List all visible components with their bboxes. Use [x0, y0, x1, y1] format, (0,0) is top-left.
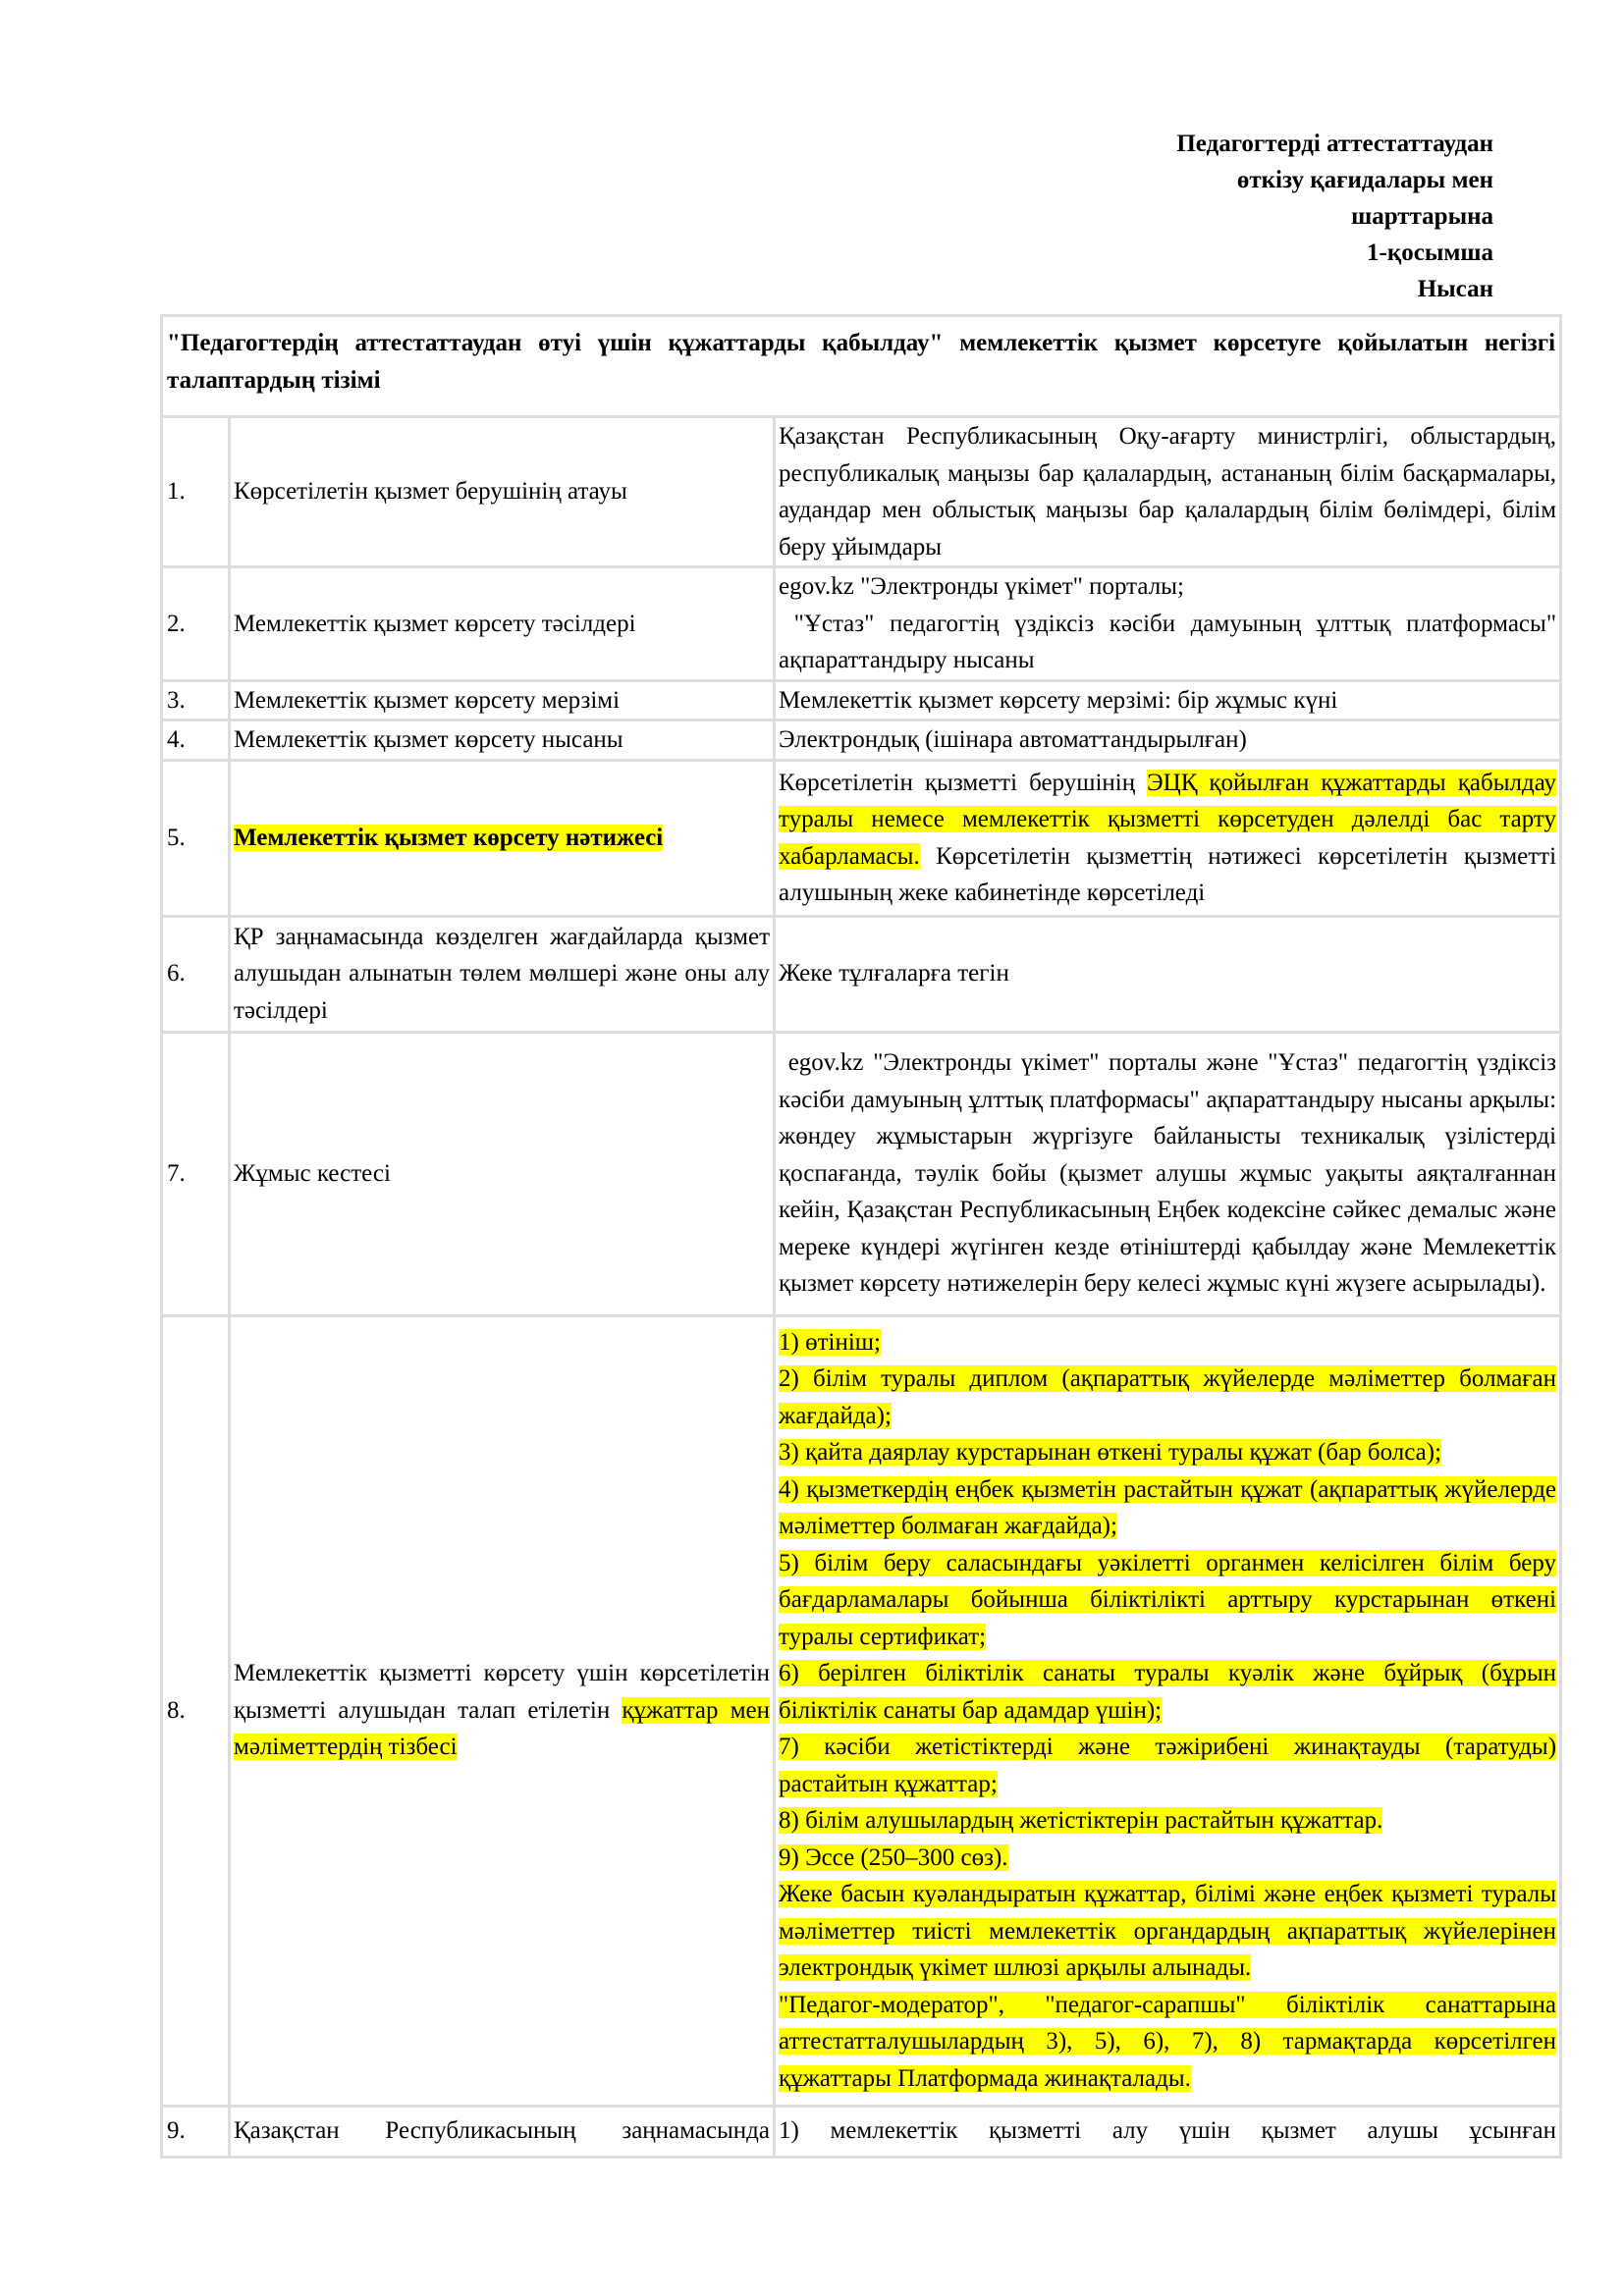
row-value: Электрондық (ішінара автоматтандырылған) [775, 721, 1561, 761]
value-line: "Ұстаз" педагогтің үздіксіз кәсіби дамуы… [779, 606, 1556, 679]
list-item: 1) өтініш; [779, 1324, 1556, 1362]
row-value: 1) мемлекеттік қызметті алу үшін қызмет … [775, 2106, 1561, 2157]
table-row: 8. Мемлекеттік қызметті көрсету үшін көр… [162, 1315, 1561, 2106]
appendix-line-2: өткізу қағидалары мен [1176, 162, 1493, 198]
row-label: Мемлекеттік қызметті көрсету үшін көрсет… [230, 1315, 775, 2106]
row-label: Мемлекеттік қызмет көрсету нәтижесі [230, 760, 775, 916]
table-row: 9. Қазақстан Республикасының заңнамасынд… [162, 2106, 1561, 2157]
row-number: 5. [162, 760, 230, 916]
table-row: 1. Көрсетілетін қызмет берушінің атауы Қ… [162, 417, 1561, 567]
value-part: Көрсетілетін қызметті берушінің [779, 770, 1147, 796]
list-note: Жеке басын куәландыратын құжаттар, білім… [779, 1876, 1556, 1987]
list-item: 3) қайта даярлау курстарынан өткені тура… [779, 1434, 1556, 1471]
table-row: 7. Жұмыс кестесі egov.kz "Электронды үкі… [162, 1032, 1561, 1315]
row-label: Жұмыс кестесі [230, 1032, 775, 1315]
row-label: Мемлекеттік қызмет көрсету нысаны [230, 721, 775, 761]
row-number: 1. [162, 417, 230, 567]
list-note: "Педагог-модератор", "педагог-сарапшы" б… [779, 1987, 1556, 2098]
requirements-table: "Педагогтердің аттестаттаудан өтуі үшін … [160, 314, 1562, 2159]
row-number: 6. [162, 916, 230, 1032]
highlighted-label: Мемлекеттік қызмет көрсету нәтижесі [234, 825, 663, 851]
row-number: 7. [162, 1032, 230, 1315]
value-line: egov.kz "Электронды үкімет" порталы; [779, 568, 1556, 606]
table-row: 5. Мемлекеттік қызмет көрсету нәтижесі К… [162, 760, 1561, 916]
list-item: 9) Эссе (250–300 сөз). [779, 1840, 1556, 1877]
row-number: 2. [162, 567, 230, 681]
row-number: 3. [162, 680, 230, 721]
list-item: 8) білім алушылардың жетістіктерін раста… [779, 1802, 1556, 1840]
row-label: Көрсетілетін қызмет берушінің атауы [230, 417, 775, 567]
row-value: egov.kz "Электронды үкімет" порталы және… [775, 1032, 1561, 1315]
row-label: ҚР заңнамасында көзделген жағдайларда қы… [230, 916, 775, 1032]
row-number: 9. [162, 2106, 230, 2157]
appendix-line-3: шарттарына [1176, 198, 1493, 235]
row-label: Мемлекеттік қызмет көрсету мерзімі [230, 680, 775, 721]
row-number: 8. [162, 1315, 230, 2106]
appendix-header: Педагогтерді аттестаттаудан өткізу қағид… [1176, 126, 1493, 307]
document-list: 1) өтініш; 2) білім туралы диплом (ақпар… [775, 1315, 1561, 2106]
table-title: "Педагогтердің аттестаттаудан өтуі үшін … [162, 316, 1561, 417]
list-item: 4) қызметкердің еңбек қызметін растайтын… [779, 1471, 1556, 1545]
row-value: Көрсетілетін қызметті берушінің ЭЦҚ қойы… [775, 760, 1561, 916]
row-label: Мемлекеттік қызмет көрсету тәсілдері [230, 567, 775, 681]
row-value: Мемлекеттік қызмет көрсету мерзімі: бір … [775, 680, 1561, 721]
list-item: 5) білім беру саласындағы уәкілетті орга… [779, 1545, 1556, 1656]
appendix-number: 1-қосымша [1176, 235, 1493, 271]
row-value: egov.kz "Электронды үкімет" порталы; "Ұс… [775, 567, 1561, 681]
row-value: Жеке тұлғаларға тегін [775, 916, 1561, 1032]
list-item: 6) берілген біліктілік санаты туралы куә… [779, 1655, 1556, 1729]
table-title-row: "Педагогтердің аттестаттаудан өтуі үшін … [162, 316, 1561, 417]
list-item: 7) кәсіби жетістіктерді және тәжірибені … [779, 1729, 1556, 1802]
table-row: 4. Мемлекеттік қызмет көрсету нысаны Эле… [162, 721, 1561, 761]
table-row: 2. Мемлекеттік қызмет көрсету тәсілдері … [162, 567, 1561, 681]
row-value: Қазақстан Республикасының Оқу-ағарту мин… [775, 417, 1561, 567]
row-label: Қазақстан Республикасының заңнамасында [230, 2106, 775, 2157]
appendix-line-1: Педагогтерді аттестаттаудан [1176, 126, 1493, 162]
row-number: 4. [162, 721, 230, 761]
list-item: 2) білім туралы диплом (ақпараттық жүйел… [779, 1361, 1556, 1434]
table-row: 3. Мемлекеттік қызмет көрсету мерзімі Ме… [162, 680, 1561, 721]
form-label: Нысан [1176, 271, 1493, 307]
table-row: 6. ҚР заңнамасында көзделген жағдайларда… [162, 916, 1561, 1032]
